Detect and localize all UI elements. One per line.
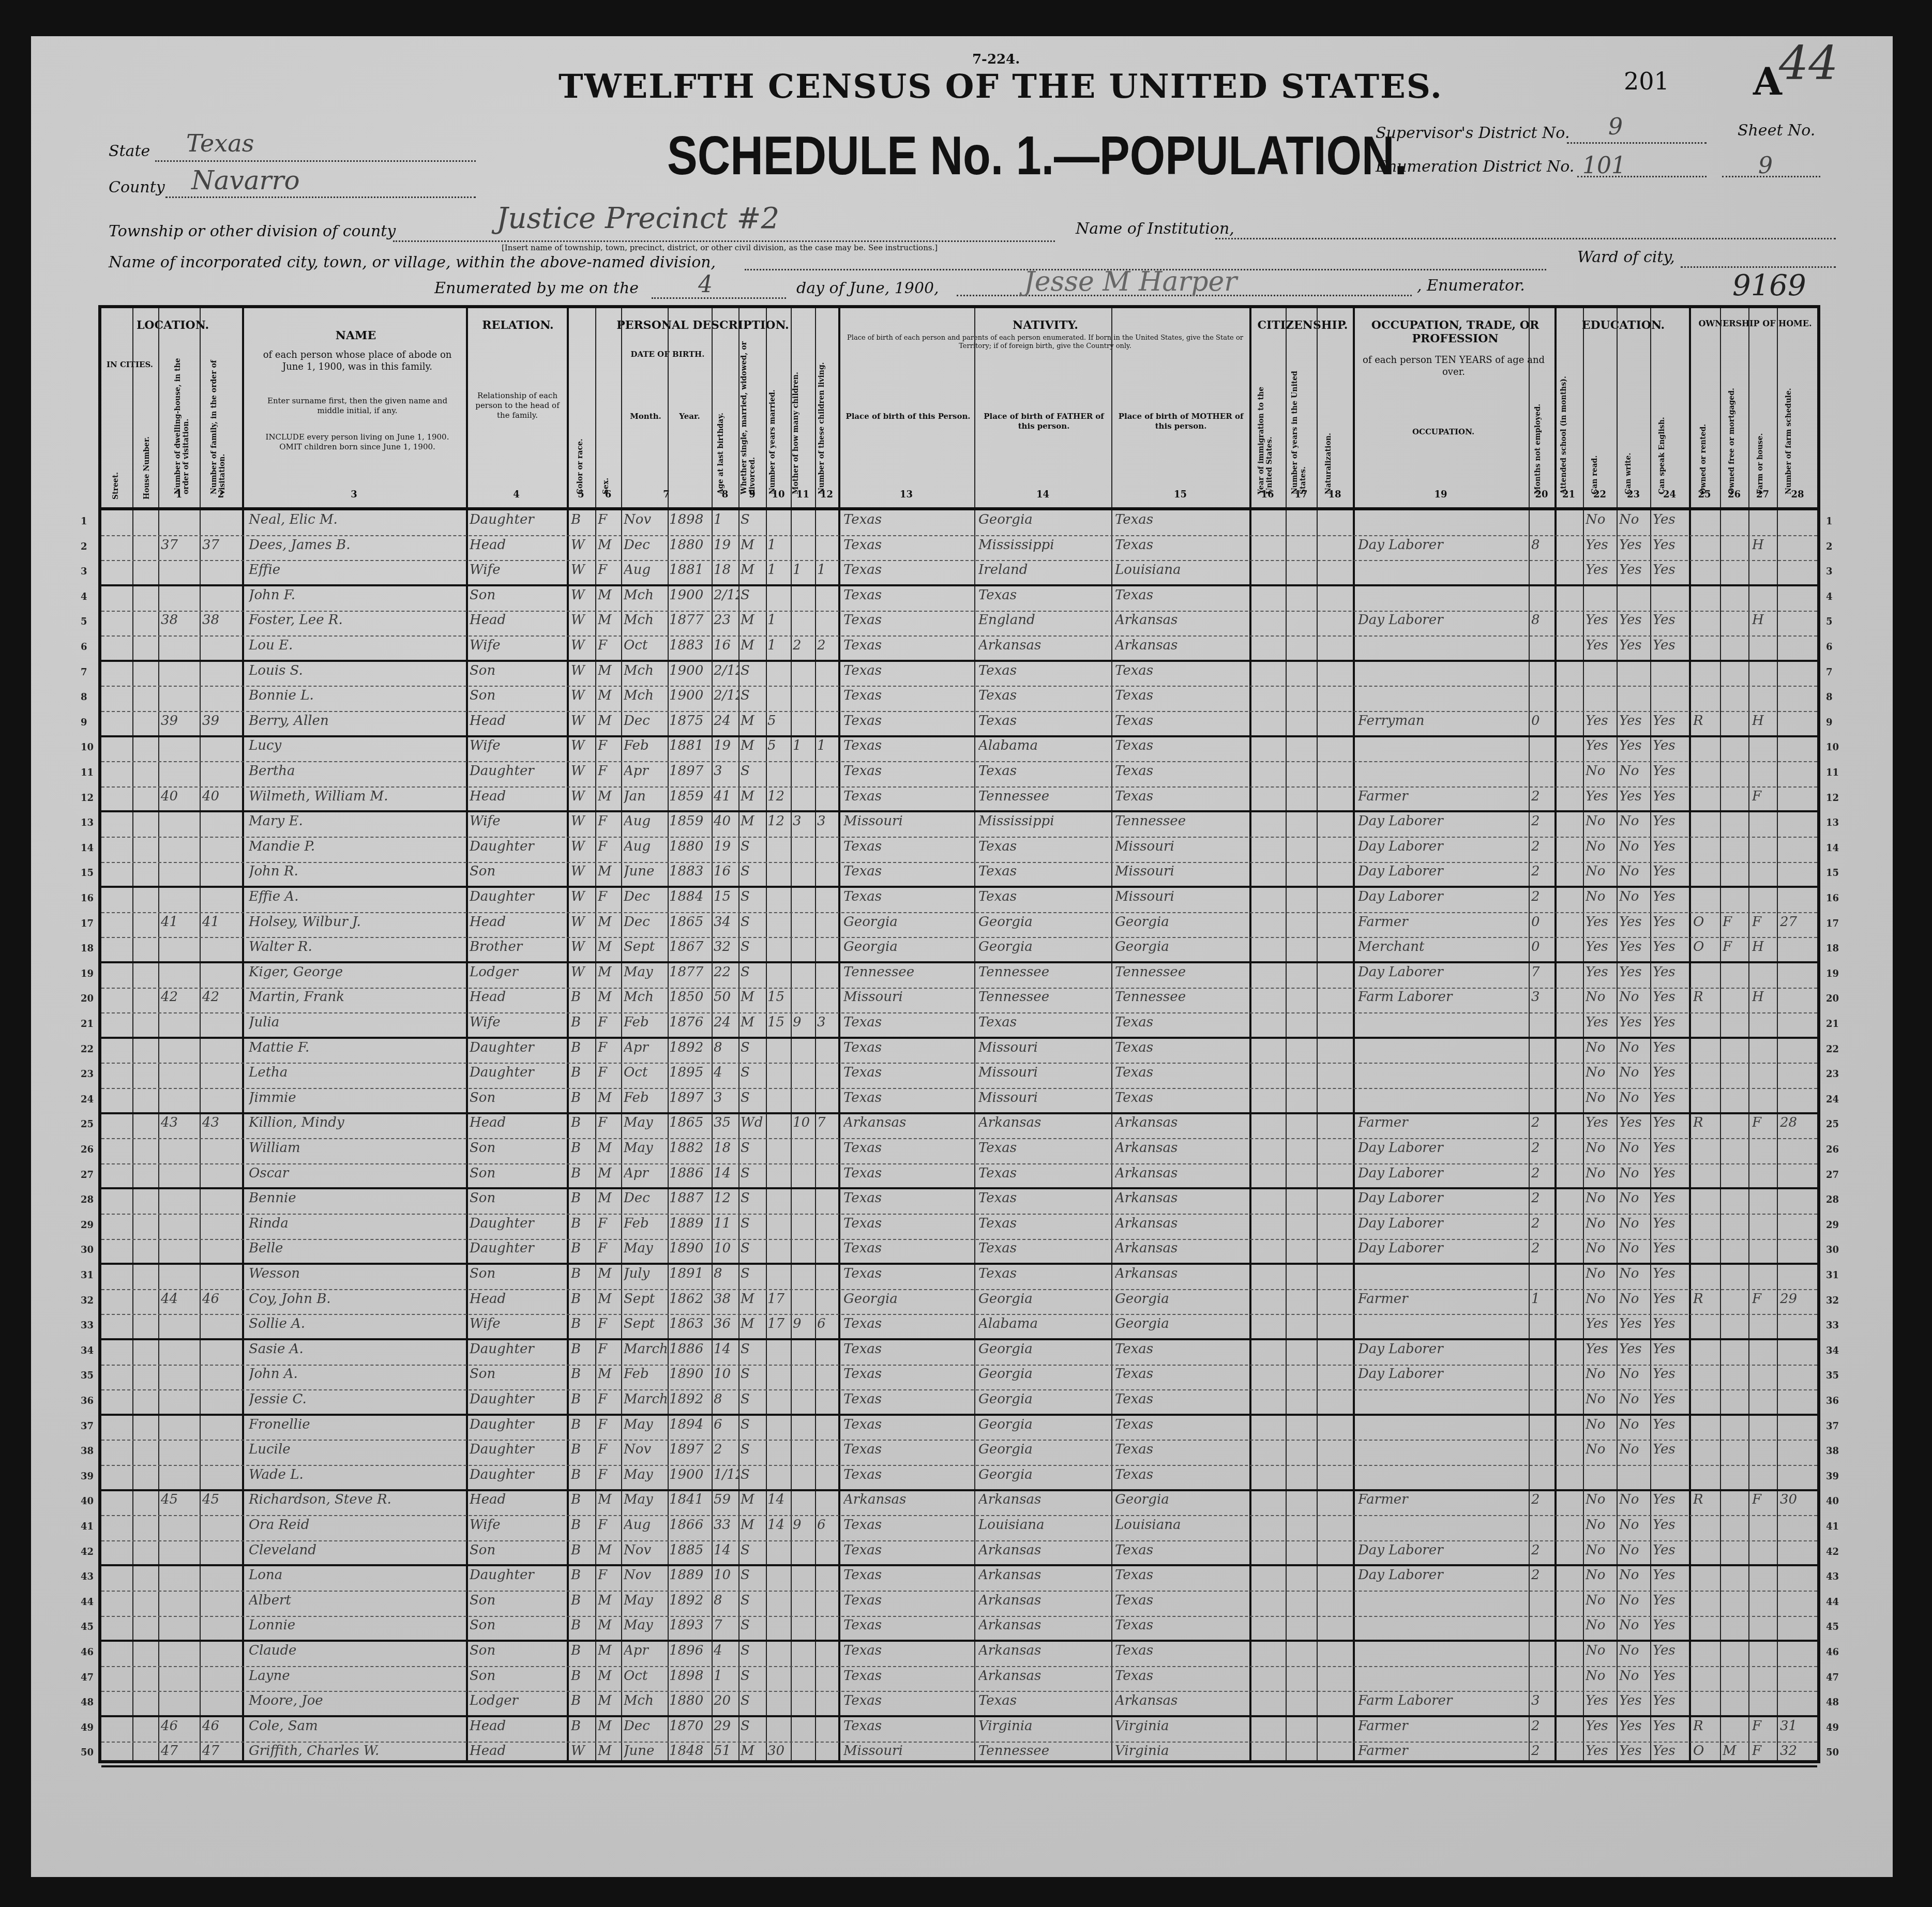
cell-speak: Yes [1653,1743,1688,1759]
cell-pob: Texas [843,1542,973,1558]
cell-color: B [571,1668,594,1684]
cell-mar: S [741,663,765,678]
cell-rel: Daughter [470,839,565,854]
cell-sex: M [598,663,621,678]
cell-write: Yes [1619,939,1649,955]
colnum-24: 24 [1650,489,1689,500]
cell-pob: Texas [843,663,973,678]
cell-pobm: Texas [1115,1668,1248,1684]
name-instr1: Enter surname first, then the given name… [256,396,458,416]
cell-color: B [571,1693,594,1708]
cell-speak: Yes [1653,1065,1688,1080]
cell-write: No [1619,1090,1649,1106]
row-number: 20 [81,993,94,1004]
institution-label: Name of Institution, [1076,220,1234,238]
row-number: 19 [81,968,94,979]
cell-mar: S [741,914,765,930]
cell-fs: 27 [1780,914,1816,930]
cell-sex: M [598,713,621,729]
cell-dw: 45 [161,1492,197,1507]
cell-occ: Day Laborer [1358,1341,1528,1357]
cell-speak: Yes [1653,1417,1688,1432]
census-table: LOCATION. IN CITIES. NAME of each person… [98,305,1820,1763]
cell-mu: 7 [1531,964,1554,980]
cell-mar: S [741,1090,765,1106]
cell-mar: S [741,964,765,980]
pob-person-header: Place of birth of this Person. [841,412,975,421]
cell-sex: M [598,1643,621,1658]
cell-mar: S [741,1140,765,1156]
pob-father-header: Place of birth of FATHER of this person. [975,412,1112,431]
row-number: 43 [1826,1571,1839,1582]
cell-mar: M [741,1492,765,1507]
cell-pob: Texas [843,1266,973,1281]
cell-name: Mattie F. [249,1040,463,1055]
cell-pob: Texas [843,537,973,553]
cell-name: Effie [249,562,463,578]
cell-month: Dec [624,537,668,553]
cell-pobf: Texas [978,1190,1110,1206]
cell-month: Apr [624,1166,668,1181]
cell-pobf: Georgia [978,1417,1110,1432]
cell-pob: Texas [843,864,973,879]
table-row: 4545LonnieSonBMMay18937STexasArkansasTex… [101,1615,1817,1642]
cell-mar: S [741,1266,765,1281]
cell-age: 29 [714,1718,738,1734]
row-number: 14 [1826,843,1839,854]
cell-write: No [1619,989,1649,1005]
cell-pob: Arkansas [843,1492,973,1507]
cell-name: Sollie A. [249,1316,463,1331]
colnum-10: 10 [766,489,791,500]
cell-pob: Texas [843,1517,973,1533]
cell-mar: M [741,789,765,804]
cell-dw: 37 [161,537,197,553]
cell-speak: Yes [1653,512,1688,527]
table-row: 4747LayneSonBMOct18981STexasArkansasTexa… [101,1666,1817,1692]
cell-year: 1891 [669,1266,711,1281]
cell-pob: Texas [843,1166,973,1181]
cell-pobf: Alabama [978,738,1110,753]
cell-age: 24 [714,713,738,729]
cell-pob: Texas [843,1417,973,1432]
cell-free: M [1723,1743,1747,1759]
cell-write: Yes [1619,612,1649,628]
row-number: 2 [81,541,87,552]
colnum-17: 17 [1286,489,1317,500]
table-row: 40404545Richardson, Steve R.HeadBMMay184… [101,1490,1817,1516]
cell-age: 24 [714,1015,738,1030]
cell-age: 16 [714,864,738,879]
colnum-21: 21 [1554,489,1583,500]
cell-pobf: Missouri [978,1040,1110,1055]
cell-year: 1893 [669,1617,711,1633]
cell-write: No [1619,512,1649,527]
row-number: 29 [1826,1220,1839,1231]
cell-speak: Yes [1653,713,1688,729]
cell-name: Bennie [249,1190,463,1206]
cell-read: No [1586,1492,1616,1507]
table-row: 4444AlbertSonBMMay18928STexasArkansasTex… [101,1591,1817,1617]
cell-fh: H [1752,939,1776,955]
row-number: 32 [1826,1295,1839,1306]
cell-pob: Texas [843,1718,973,1734]
cell-pob: Georgia [843,914,973,930]
cell-pobm: Arkansas [1115,1166,1248,1181]
cell-fh: H [1752,612,1776,628]
table-row: 3838LucileDaughterBFNov18972STexasGeorgi… [101,1440,1817,1466]
cell-age: 4 [714,1065,738,1080]
cell-name: Fronellie [249,1417,463,1432]
hdr-farm-schedule: Number of farm schedule. [1785,339,1793,494]
row-number: 38 [81,1446,94,1457]
cell-fam: 47 [202,1743,238,1759]
row-number: 4 [81,592,87,602]
group-education: EDUCATION. [1556,319,1690,332]
cell-mu: 2 [1531,1492,1554,1507]
cell-pobm: Texas [1115,1366,1248,1382]
cell-sex: F [598,1040,621,1055]
cell-read: No [1586,512,1616,527]
cell-pob: Texas [843,612,973,628]
cell-sex: M [598,1668,621,1684]
cell-read: No [1586,1668,1616,1684]
cell-occ: Farmer [1358,1492,1528,1507]
cell-read: No [1586,1617,1616,1633]
cell-year: 1859 [669,813,711,829]
row-number: 11 [81,767,94,778]
hdr-immigration: Year of immigration to the United States… [1257,360,1274,494]
cell-mar: S [741,688,765,703]
cell-sex: M [598,612,621,628]
cell-dw: 43 [161,1115,197,1130]
cell-pobm: Texas [1115,1040,1248,1055]
cell-speak: Yes [1653,612,1688,628]
row-number: 22 [1826,1044,1839,1055]
cell-pobf: Texas [978,839,1110,854]
cell-speak: Yes [1653,562,1688,578]
cell-rel: Son [470,1668,565,1684]
cell-fam: 38 [202,612,238,628]
cell-speak: Yes [1653,1442,1688,1457]
cell-rel: Head [470,989,565,1005]
cell-pobm: Missouri [1115,889,1248,904]
cell-year: 1884 [669,889,711,904]
cell-pob: Texas [843,1442,973,1457]
cell-pobf: Texas [978,1015,1110,1030]
township-note: [Insert name of township, town, precinct… [502,243,938,252]
cell-mar: S [741,1391,765,1407]
cell-occ: Farmer [1358,914,1528,930]
cell-sex: M [598,688,621,703]
cell-mu: 0 [1531,939,1554,955]
cell-name: William [249,1140,463,1156]
cell-name: Lucile [249,1442,463,1457]
cell-occ: Day Laborer [1358,1166,1528,1181]
cell-fam: 40 [202,789,238,804]
cell-rel: Son [470,1366,565,1382]
cell-read: Yes [1586,738,1616,753]
group-relation: RELATION. [467,319,568,332]
colnum-20: 20 [1529,489,1554,500]
cell-sex: M [598,1366,621,1382]
cell-dw: 39 [161,713,197,729]
cell-age: 2/12 [714,587,738,603]
name-desc: of each person whose place of abode on J… [256,350,458,373]
cell-pobm: Louisiana [1115,562,1248,578]
cell-pobm: Arkansas [1115,1140,1248,1156]
cell-write: No [1619,1617,1649,1633]
cell-mo: 1 [793,562,814,578]
cell-mar: S [741,839,765,854]
cell-color: B [571,1442,594,1457]
cell-pobf: Mississippi [978,813,1110,829]
cell-pobm: Texas [1115,1567,1248,1583]
cell-mu: 2 [1531,1567,1554,1583]
cell-pob: Georgia [843,939,973,955]
cell-age: 10 [714,1240,738,1256]
cell-write: Yes [1619,914,1649,930]
hdr-children-living: Number of these children living. [818,339,826,494]
table-row: 2323LethaDaughterBFOct18954STexasMissour… [101,1063,1817,1089]
hdr-age: Age at last birthday. [717,350,725,494]
cell-name: Claude [249,1643,463,1658]
cell-pob: Texas [843,738,973,753]
cell-fh: F [1752,1718,1776,1734]
cell-mu: 3 [1531,1693,1554,1708]
cell-ym: 14 [767,1517,790,1533]
row-number: 16 [81,893,94,904]
township-value: Justice Precinct #2 [496,202,779,235]
cell-rel: Son [470,1266,565,1281]
cell-sex: F [598,1442,621,1457]
cell-rel: Son [470,1140,565,1156]
cell-sex: M [598,1140,621,1156]
cell-color: B [571,1567,594,1583]
cell-occ: Farm Laborer [1358,1693,1528,1708]
cell-month: Mch [624,587,668,603]
cell-rel: Daughter [470,1216,565,1231]
cell-read: No [1586,1166,1616,1181]
row-number: 33 [1826,1320,1839,1331]
cell-color: B [571,1517,594,1533]
cell-month: Sept [624,939,668,955]
table-row: 12124040Wilmeth, William M.HeadWMJan1859… [101,786,1817,813]
cell-name: Jessie C. [249,1391,463,1407]
row-number: 42 [81,1547,94,1557]
row-number: 34 [1826,1345,1839,1356]
cell-month: Aug [624,813,668,829]
cell-read: Yes [1586,638,1616,653]
table-row: 3636Jessie C.DaughterBFMarch18928STexasG… [101,1389,1817,1416]
cell-pob: Texas [843,789,973,804]
cell-speak: Yes [1653,1090,1688,1106]
cell-name: Foster, Lee R. [249,612,463,628]
cell-fam: 43 [202,1115,238,1130]
cell-rel: Son [470,864,565,879]
cell-month: Nov [624,1542,668,1558]
cell-month: Sept [624,1291,668,1307]
table-row: 33EffieWifeWFAug188118M111TexasIrelandLo… [101,560,1817,586]
table-row: 1414Mandie P.DaughterWFAug188019STexasTe… [101,837,1817,863]
cell-mu: 2 [1531,1115,1554,1130]
cell-read: Yes [1586,713,1616,729]
cell-color: W [571,789,594,804]
cell-read: No [1586,889,1616,904]
cell-fam: 46 [202,1718,238,1734]
cell-sex: M [598,1266,621,1281]
table-row: 17174141Holsey, Wilbur J.HeadWMDec186534… [101,912,1817,939]
cell-month: May [624,1492,668,1507]
cell-month: Oct [624,638,668,653]
row-number: 46 [81,1647,94,1658]
cell-read: Yes [1586,537,1616,553]
cell-pobf: Texas [978,1166,1110,1181]
cell-year: 1897 [669,1090,711,1106]
cell-fam: 37 [202,537,238,553]
cell-name: Berry, Allen [249,713,463,729]
cell-year: 1881 [669,562,711,578]
cell-write: Yes [1619,789,1649,804]
cell-color: W [571,663,594,678]
cell-ym: 5 [767,713,790,729]
row-number: 44 [81,1597,94,1608]
cell-month: Jan [624,789,668,804]
cell-pobm: Arkansas [1115,1216,1248,1231]
row-number: 18 [1826,943,1839,954]
row-number: 21 [1826,1019,1839,1030]
cell-year: 1897 [669,763,711,779]
cell-occ: Day Laborer [1358,864,1528,879]
cell-month: Aug [624,839,668,854]
cell-read: Yes [1586,1693,1616,1708]
cell-pob: Texas [843,1617,973,1633]
cell-rel: Daughter [470,1467,565,1482]
cell-pobf: Tennessee [978,789,1110,804]
cell-pobf: Georgia [978,939,1110,955]
cell-pobm: Texas [1115,587,1248,603]
cell-color: B [571,1617,594,1633]
cell-sex: F [598,1065,621,1080]
row-number: 6 [81,642,87,653]
cell-color: B [571,1316,594,1331]
sheet-label: Sheet No. [1738,122,1815,140]
cell-occ: Farm Laborer [1358,989,1528,1005]
row-number: 18 [81,943,94,954]
cell-age: 7 [714,1617,738,1633]
cell-sex: M [598,1743,621,1759]
cell-write: Yes [1619,1341,1649,1357]
cell-pob: Texas [843,889,973,904]
row-number: 17 [1826,918,1839,929]
cell-year: 1876 [669,1015,711,1030]
colnum-15: 15 [1111,489,1249,500]
cell-year: 1863 [669,1316,711,1331]
cell-speak: Yes [1653,864,1688,879]
cell-month: Sept [624,1316,668,1331]
row-number: 41 [1826,1521,1839,1532]
cell-month: Nov [624,1567,668,1583]
cell-read: No [1586,864,1616,879]
cell-name: Louis S. [249,663,463,678]
cell-read: Yes [1586,789,1616,804]
cell-read: No [1586,1517,1616,1533]
hdr-farm-house: Farm or house. [1756,360,1764,494]
cell-pobf: Texas [978,688,1110,703]
row-number: 23 [81,1069,94,1080]
cell-color: W [571,939,594,955]
cell-pob: Texas [843,1341,973,1357]
cell-name: Bertha [249,763,463,779]
table-row: 3030BelleDaughterBFMay189010STexasTexasA… [101,1238,1817,1265]
cell-color: B [571,1240,594,1256]
cell-month: Aug [624,562,668,578]
colnum-4: 4 [466,489,567,500]
cell-speak: Yes [1653,1492,1688,1507]
cell-speak: Yes [1653,989,1688,1005]
hdr-attended-school: Attended school (in months). [1560,350,1568,494]
cell-mar: M [741,638,765,653]
cell-speak: Yes [1653,1617,1688,1633]
cell-pobf: Tennessee [978,1743,1110,1759]
cell-rel: Son [470,688,565,703]
cell-name: Cole, Sam [249,1718,463,1734]
state-value: Texas [186,129,254,157]
hdr-can-speak: Can speak English. [1658,360,1666,494]
cell-color: B [571,1341,594,1357]
cell-mar: S [741,1693,765,1708]
cell-mo: 9 [793,1517,814,1533]
cell-occ: Farmer [1358,789,1528,804]
cell-sex: M [598,914,621,930]
group-in-cities: IN CITIES. [101,360,158,370]
cell-mo: 9 [793,1316,814,1331]
ed-value: 101 [1582,153,1626,179]
table-row: 2727OscarSonBMApr188614STexasTexasArkans… [101,1163,1817,1190]
cell-occ: Farmer [1358,1743,1528,1759]
cell-pobm: Louisiana [1115,1517,1248,1533]
cell-write: Yes [1619,1743,1649,1759]
cell-read: No [1586,1266,1616,1281]
cell-name: John A. [249,1366,463,1382]
cell-pob: Texas [843,1593,973,1608]
cell-age: 34 [714,914,738,930]
row-number: 12 [1826,793,1839,804]
state-label: State [109,142,150,160]
cell-rel: Son [470,1643,565,1658]
colnum-18: 18 [1317,489,1353,500]
cell-sex: F [598,839,621,854]
table-row: 3939Wade L.DaughterBFMay19001/12STexasGe… [101,1465,1817,1491]
cell-sex: M [598,1693,621,1708]
cell-write: No [1619,1542,1649,1558]
cell-pob: Texas [843,1015,973,1030]
cell-occ: Day Laborer [1358,889,1528,904]
group-occupation: OCCUPATION, TRADE, OR PROFESSION [1354,319,1556,345]
cell-read: Yes [1586,1115,1616,1130]
cell-month: Apr [624,763,668,779]
cell-pobm: Arkansas [1115,1190,1248,1206]
cell-mu: 3 [1531,989,1554,1005]
cell-sex: F [598,1015,621,1030]
cell-mu: 2 [1531,864,1554,879]
cell-mo: 2 [793,638,814,653]
cell-name: Belle [249,1240,463,1256]
cell-mar: S [741,1240,765,1256]
cell-occ: Day Laborer [1358,813,1528,829]
cell-read: No [1586,1216,1616,1231]
row-number: 28 [81,1194,94,1205]
